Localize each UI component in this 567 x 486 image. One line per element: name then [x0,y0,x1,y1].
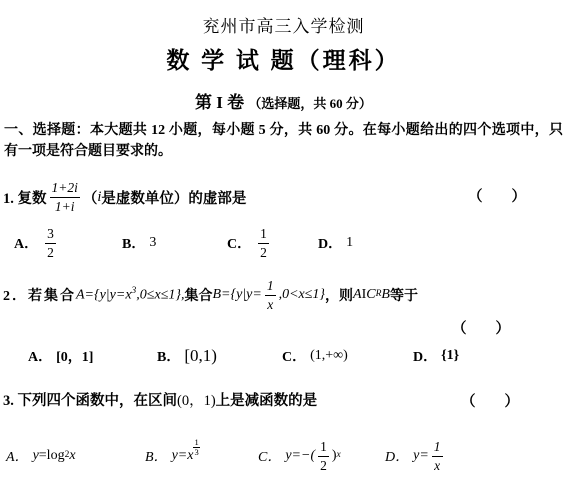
q1-option-a-fraction: 3 2 [45,226,56,260]
q1-tail: 是虚数单位）的虚部是 [101,187,246,208]
q3-option-d: D． y= 1 x [385,430,446,482]
q2-set-a-pre: A={y|y=x [76,287,132,302]
q1-fraction: 1+2i 1+i [50,180,80,214]
q3-option-b-label: B． [145,446,168,466]
q2-option-a-value: [0，1] [56,346,93,366]
q2-option-c: C． (1,+∞) [282,344,348,368]
q3-option-b: B． y=x 1 3 [145,430,200,482]
q2-answer-blank: （ ） [452,317,510,338]
q2-mid: 集合 [184,285,212,305]
q2-set-b-pre: B={y|y= [212,287,261,303]
q3-option-d-den: x [432,457,442,474]
q2-set-a-post: ,0≤x≤1}, [136,287,184,302]
q3-option-d-fraction: 1 x [432,439,443,473]
q3-option-c-exponent: x [337,451,341,461]
q1-option-b: B． 3 [122,222,156,264]
section-heading: 第 I 卷 （选择题，共 60 分） [0,88,567,113]
q3-option-b-expr: y=x [172,448,194,464]
q3-option-c-num: 1 [318,439,329,457]
q3-option-d-num: 1 [432,439,443,457]
q3-interval: (0，1) [177,389,216,410]
q3-option-a-log: =log [39,448,65,464]
q3-lead: 3. 下列四个函数中，在区间 [3,389,177,410]
q1-option-b-value: 3 [149,235,156,251]
q2-option-b-label: B． [157,346,180,366]
q2-complement: C [366,287,375,303]
q2-option-d: D． {1} [413,344,459,368]
q1-option-c-fraction: 1 2 [258,226,269,260]
q2-then: ，则 [325,285,353,305]
q1-fraction-numerator: 1+2i [50,180,80,198]
q1-option-a-num: 3 [45,226,56,244]
q1-option-a-label: A． [14,233,38,253]
q2-option-b-value: [0,1) [184,346,217,366]
q3-option-a-var: x [69,448,75,464]
q3-option-c: C． y=−( 1 2 )x [258,430,341,482]
question-1-stem: 1. 复数 1+2i 1+i （i 是虚数单位）的虚部是 [3,176,246,218]
q3-answer-blank: （ ） [461,390,519,411]
q2-option-c-value: (1,+∞) [310,348,348,364]
q1-lead: 1. 复数 [3,187,47,208]
q1-option-d-value: 1 [346,235,353,251]
instructions-text: 一、选择题：本大题共 12 小题，每小题 5 分，共 60 分。在每小题给出的四… [4,120,563,162]
q2-fraction-denominator: x [265,296,275,313]
q2-set-b-post: ,0<x≤1} [279,287,325,303]
section-note: （选择题，共 60 分） [248,96,372,111]
q2-option-c-label: C． [282,346,306,366]
q3-option-a-label: A． [6,446,29,466]
q1-option-c-num: 1 [258,226,269,244]
q3-option-d-pre: y= [413,448,429,464]
q2-option-d-value: {1} [441,348,459,364]
q1-tail-open: （ [83,187,98,208]
q2-fraction-numerator: 1 [265,278,276,296]
q3-option-c-label: C． [258,446,281,466]
q2-fraction: 1 x [265,278,276,312]
q1-option-a: A． 3 2 [14,222,59,264]
question-3-options: A． y=log2 x B． y=x 1 3 C． y=−( 1 2 )x D．… [0,430,567,482]
q1-option-a-den: 2 [45,244,56,261]
q3-option-a: A． y=log2 x [6,430,76,482]
q3-tail: 上是减函数的是 [216,389,318,410]
exam-paper: 兖州市高三入学检测 数 学 试 题（理科） 第 I 卷 （选择题，共 60 分）… [0,0,567,486]
q2-expr-b: B [381,287,390,303]
question-1-options: A． 3 2 B． 3 C． 1 2 D． 1 [0,222,567,264]
q3-option-c-den: 2 [318,457,329,474]
q3-option-d-label: D． [385,446,409,466]
q2-lead: 2．若集合 [3,285,76,305]
paper-title: 数 学 试 题（理科） [0,42,567,75]
q2-tail: 等于 [390,285,418,305]
q1-option-c-label: C． [227,233,251,253]
q2-expr-a: A [353,287,362,303]
q3-option-b-exponent-fraction: 1 3 [193,438,199,456]
q2-option-b: B． [0,1) [157,344,217,368]
q1-fraction-denominator: 1+i [53,198,77,215]
q3-option-b-exp-den: 3 [194,448,198,457]
q1-option-c-den: 2 [258,244,269,261]
q2-set-a: A={y|y=x3,0≤x≤1}, [76,287,184,304]
q3-option-c-pre: y=−( [285,448,315,464]
exam-name: 兖州市高三入学检测 [0,12,567,37]
q1-option-c: C． 1 2 [227,222,272,264]
q3-option-c-fraction: 1 2 [318,439,329,473]
section-title: 第 I 卷 [195,93,248,112]
q1-answer-blank: （ ） [468,185,526,206]
question-2-options: A． [0，1] B． [0,1) C． (1,+∞) D． {1} [0,344,567,368]
question-2-stem: 2．若集合 A={y|y=x3,0≤x≤1}, 集合 B={y|y= 1 x ,… [3,272,418,318]
q2-option-a: A． [0，1] [28,344,93,368]
q2-option-a-label: A． [28,346,52,366]
question-3-stem: 3. 下列四个函数中，在区间 (0，1) 上是减函数的是 [3,388,317,410]
q2-option-d-label: D． [413,346,437,366]
q1-option-d-label: D． [318,233,342,253]
q1-option-d: D． 1 [318,222,353,264]
q1-option-b-label: B． [122,233,145,253]
